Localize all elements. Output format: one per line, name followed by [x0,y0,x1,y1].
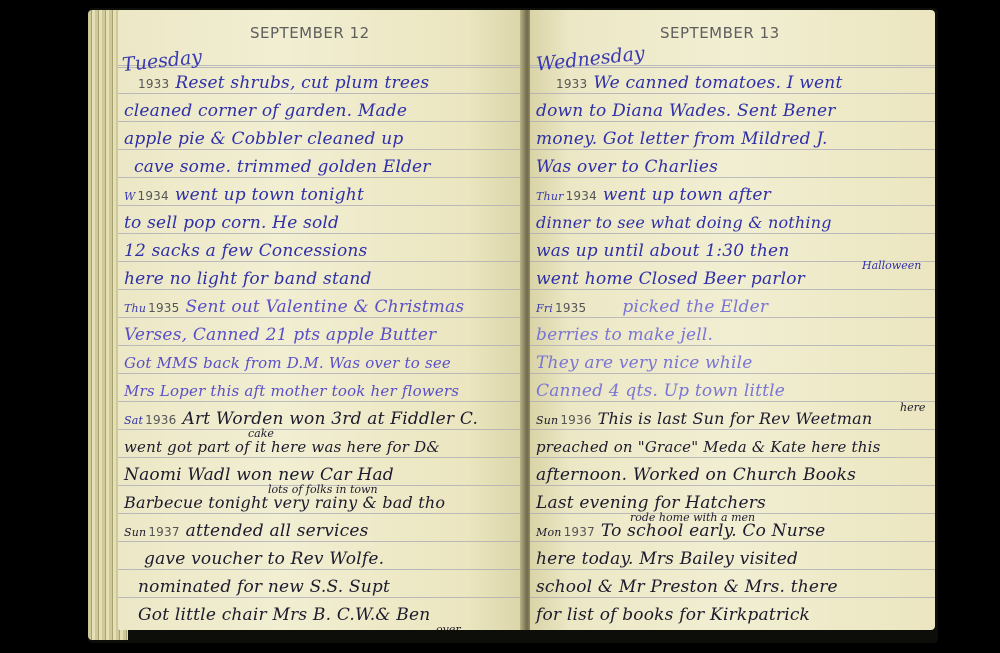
year-label: 1936 [145,413,176,427]
entry-line: school & Mr Preston & Mrs. there [536,576,931,598]
entry-line: Thur1934went up town after [536,184,931,208]
entry-line: here no light for band stand [124,268,524,290]
year-label: 1935 [555,301,586,315]
entry-line: Was over to Charlies [536,156,931,178]
entry-line: cave some. trimmed golden Elder [124,156,524,178]
entry-line: Mon1937To school early. Co Nurse [536,520,931,544]
insert-note: over [436,624,461,630]
entry-line: 1933Reset shrubs, cut plum trees [124,72,524,95]
entry-line: W1934went up town tonight [124,184,524,208]
entry-line: Thu1935Sent out Valentine & Christmas [124,296,524,320]
entry-line: went home Closed Beer parlor [536,268,931,290]
entry-line: for list of books for Kirkpatrick [536,604,931,626]
year-label: 1933 [138,77,169,91]
entry-line: 1933We canned tomatoes. I went [536,72,931,95]
entry-line: preached on "Grace" Meda & Kate here thi… [536,436,931,458]
entry-line: Verses, Canned 21 pts apple Butter [124,324,524,346]
entry-line: Got little chair Mrs B. C.W.& Ben [124,604,524,626]
entry-line: apple pie & Cobbler cleaned up [124,128,524,150]
entry-line: berries to make jell. [536,324,931,346]
entry-line: cleaned corner of garden. Made [124,100,524,122]
entry-line: Canned 4 qts. Up town little [536,380,931,402]
year-label: 1937 [564,525,595,539]
entry-line: Sat1936Art Worden won 3rd at Fiddler C. [124,408,524,432]
entry-line: to sell pop corn. He sold [124,212,524,234]
year-label: 1935 [148,301,179,315]
year-label: 1934 [138,189,169,203]
printed-date: SEPTEMBER 13 [660,24,780,42]
entry-line: afternoon. Worked on Church Books [536,464,931,486]
entry-line: Sun1936This is last Sun for Rev Weetman [536,408,931,432]
right-page: SEPTEMBER 13 Wednesday 1933We canned tom… [530,10,935,630]
entry-line: Mrs Loper this aft mother took her flowe… [124,380,524,402]
entry-line: went got part of it here was here for D& [124,436,524,458]
year-label: 1936 [560,413,591,427]
year-label: 1934 [566,189,597,203]
entry-line: nominated for new S.S. Supt [124,576,524,598]
entry-line: here today. Mrs Bailey visited [536,548,931,570]
entry-line: gave voucher to Rev Wolfe. [124,548,524,570]
entry-line: Sun1937attended all services [124,520,524,544]
printed-date: SEPTEMBER 12 [250,24,370,42]
entry-line: Fri1935picked the Elder [536,296,931,320]
entry-line: down to Diana Wades. Sent Bener [536,100,931,122]
left-page: SEPTEMBER 12 Tuesday 1933Reset shrubs, c… [118,10,528,630]
entry-line: They are very nice while [536,352,931,374]
year-label: 1933 [556,77,587,91]
entry-line: Got MMS back from D.M. Was over to see [124,352,524,374]
entry-line: dinner to see what doing & nothing [536,212,931,234]
year-label: 1937 [148,525,179,539]
weekday-heading: Wednesday [535,42,646,75]
entry-line: money. Got letter from Mildred J. [536,128,931,150]
entry-line: Barbecue tonight very rainy & bad tho [124,492,524,514]
entry-line: 12 sacks a few Concessions [124,240,524,262]
